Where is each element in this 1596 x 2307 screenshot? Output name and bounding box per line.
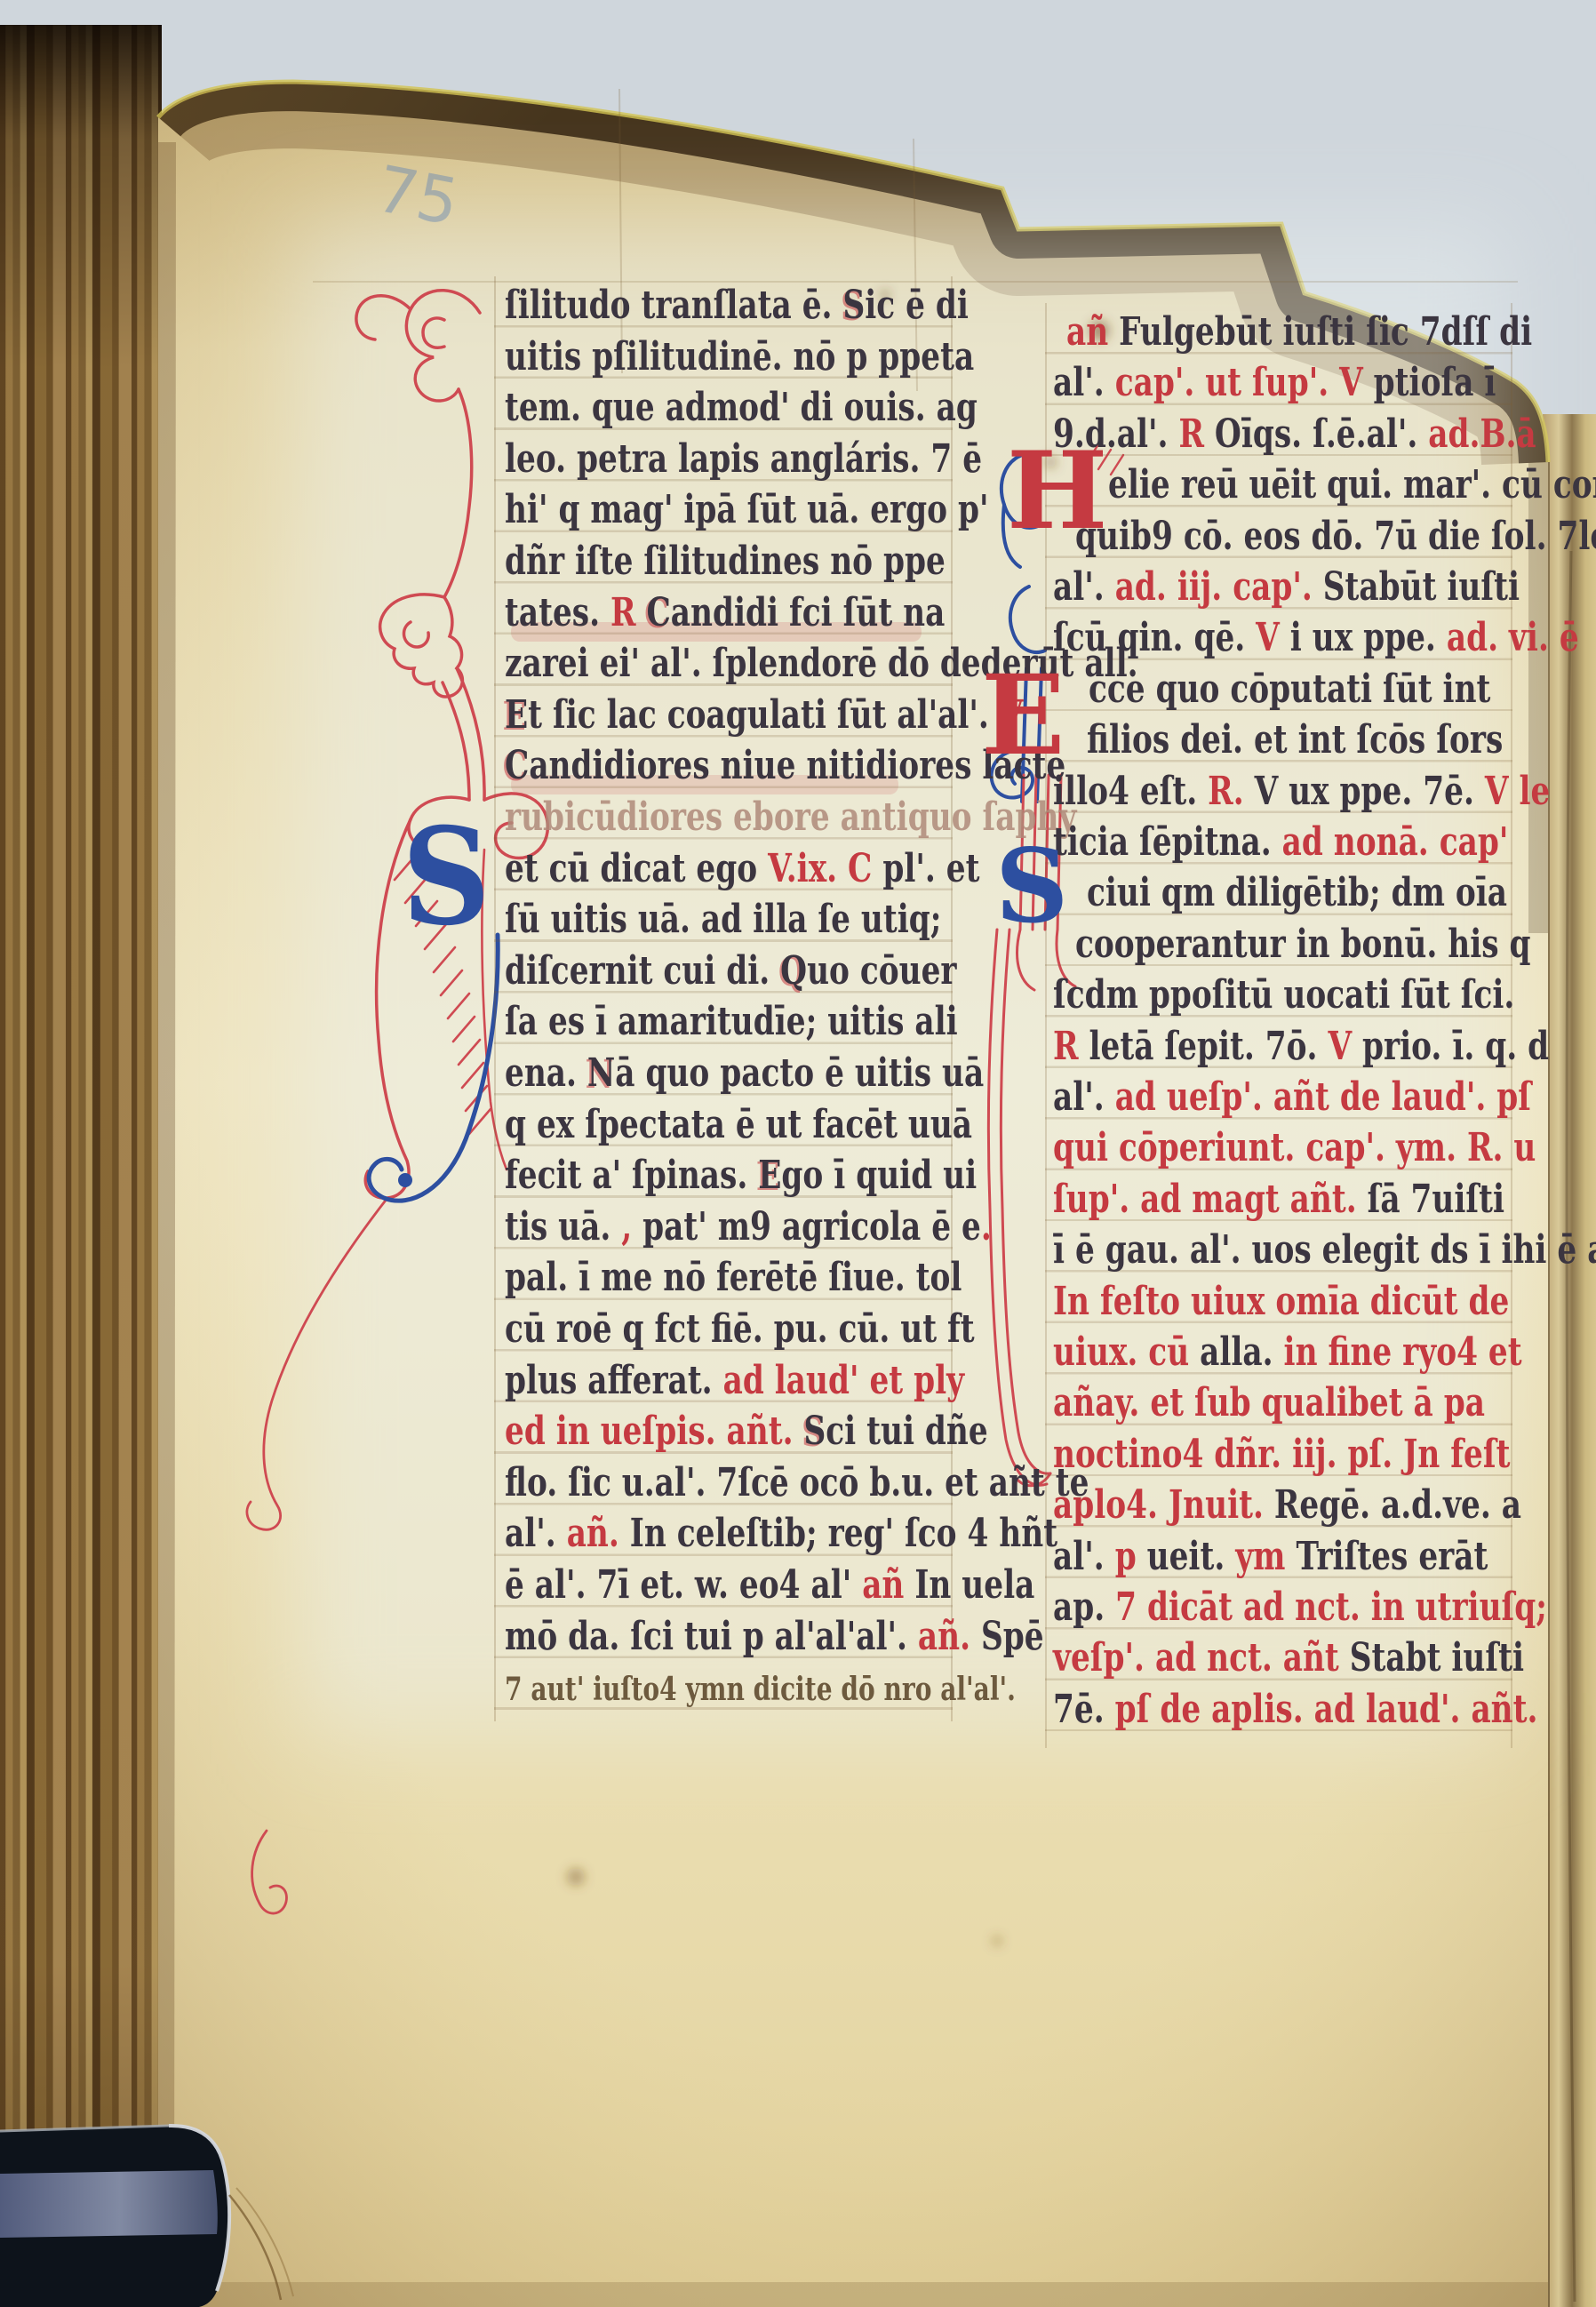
text-line-right-12: ciui qm diligētib; dm oīa [1087, 870, 1507, 915]
text-line-right-19: ī ē gau. al'. uos elegit ds ī ihi ē all. [1053, 1227, 1596, 1273]
text-segment: , [621, 1204, 632, 1249]
text-segment: ſilitudo tranſlata ē. [505, 283, 842, 328]
text-segment: R [1053, 1024, 1089, 1069]
text-segment: S [842, 283, 865, 328]
text-segment: al'. [1053, 564, 1115, 610]
text-line-right-6: al'. ad. iij. cap'. Stabūt iuſti [1053, 564, 1520, 610]
text-segment: ed in ueſpis. añt. [505, 1409, 803, 1454]
text-segment: ap. [1053, 1585, 1115, 1630]
text-segment: añ. [567, 1511, 630, 1556]
text-segment: elie reū uēit qui. mar'. cū corpis [1108, 462, 1596, 507]
text-segment: Fulgebūt iuſti ſic 7dſſ di [1119, 309, 1532, 355]
text-segment: ſup'. ad magt añt. [1053, 1177, 1368, 1222]
text-line-right-2: al'. cap'. ut ſup'. V ptioſa ī [1053, 360, 1496, 405]
text-segment: V.ix. C [768, 846, 872, 891]
text-segment: aplo4. Jnuit. [1053, 1482, 1274, 1528]
text-segment: C [646, 590, 670, 635]
text-line-right-9: filios dei. et int ſcōs ſors [1087, 717, 1503, 762]
text-segment: q ex ſpectata ē ut facēt uuā [505, 1102, 972, 1147]
text-segment: diſcernit cui di. [505, 948, 780, 994]
text-segment: go ī quid ui [781, 1153, 977, 1198]
text-line-left-11: rubicūdiores ebore antiquo ſaphy [505, 794, 1076, 840]
text-segment: hi' q mag' ipā ſūt uā. ergo p' [505, 487, 988, 532]
text-segment: cooperantur in bonū. his q [1075, 922, 1531, 967]
text-segment: rubicūdiores ebore antiquo ſaphy [505, 794, 1076, 840]
text-line-right-1: añ Fulgebūt iuſti ſic 7dſſ di [1066, 309, 1532, 355]
text-line-right-3: 9.d.al'. R Oīqs. ſ.ē.al'. ad.B.ā [1053, 411, 1536, 457]
decorated-initial-e-red: E [981, 661, 1065, 771]
text-segment: p [1115, 1534, 1147, 1579]
text-segment: andidi fci ſūt na [671, 590, 946, 635]
text-segment: filios dei. et int ſcōs ſors [1087, 717, 1503, 762]
text-segment: Regē. a.d.ve. a [1274, 1482, 1521, 1528]
text-line-left-18: fecit a' ſpinas. Ego ī quid ui [505, 1153, 977, 1198]
folio-number: 75 [371, 151, 465, 240]
page-text-layer: 75 S H E S ſilitudo tranſlata ē. Sic ē d… [0, 0, 1596, 2307]
text-line-right-15: R letā ſepit. 7ō. V prio. ī. q. d [1053, 1024, 1549, 1069]
text-line-left-7: tates. R Candidi fci ſūt na [505, 590, 945, 635]
text-segment: plus afferat. [505, 1358, 723, 1403]
text-line-left-26: ē al'. 7ī et. w. eo4 al' añ In uela [505, 1562, 1034, 1608]
text-segment: cap'. ut ſup'. V [1115, 360, 1374, 405]
text-segment: letā ſepit. 7ō. [1089, 1024, 1328, 1069]
text-segment: cū roē q fct fiē. pu. cū. ut ft [505, 1306, 975, 1352]
text-line-left-24: flo. ſic u.al'. 7ſcē ocō b.u. et añt te [505, 1460, 1089, 1505]
text-line-left-9: Et ſic lac coagulati ſūt al'al'. V [505, 692, 1023, 738]
text-segment: illo4 eſt. [1053, 769, 1208, 814]
text-segment: ciui qm diligētib; dm oīa [1087, 870, 1507, 915]
text-segment: qui cōperiunt. cap'. ym. R. u [1053, 1125, 1536, 1170]
text-segment: t ſic lac coagulati ſūt al'al'. [528, 692, 1000, 738]
text-segment: uiux. cū [1053, 1329, 1200, 1375]
text-segment: Stabūt iuſti [1323, 564, 1520, 610]
text-line-left-13: ſū uitis uā. ad illa ſe utiq; [505, 897, 941, 942]
text-line-left-6: dñr iſte ſilitudines nō ppe [505, 539, 946, 584]
text-segment: dñr iſte ſilitudines nō ppe [505, 539, 946, 584]
text-segment: Oīqs. ſ.ē.al'. [1215, 411, 1428, 457]
text-segment: ena. [505, 1050, 587, 1096]
text-segment: añ [1066, 309, 1119, 355]
text-segment: ad. vi. ē [1447, 615, 1579, 660]
text-segment: veſp'. ad nct. añt [1053, 1635, 1350, 1680]
text-line-right-11: ticia ſēpitna. ad nonā. cap' [1053, 819, 1508, 865]
decorated-initial-s-blue: S [402, 810, 491, 944]
text-segment: tates. [505, 590, 610, 635]
text-segment: In celeſtib; reg' ſco 4 hñt [630, 1511, 1057, 1556]
text-line-right-24: aplo4. Jnuit. Regē. a.d.ve. a [1053, 1482, 1521, 1528]
text-line-right-27: veſp'. ad nct. añt Stabt iuſti [1053, 1635, 1524, 1680]
text-segment: flo. ſic u.al'. 7ſcē ocō b.u. et añt te [505, 1460, 1089, 1505]
text-segment: ci tui dñe [826, 1409, 987, 1454]
text-segment: ad. iij. cap'. [1115, 564, 1323, 610]
text-segment: Triſtes erāt [1296, 1534, 1488, 1579]
text-segment: uo cōuer [807, 948, 956, 994]
text-segment: ī ē gau. al'. uos elegit ds ī ihi ē all. [1053, 1227, 1596, 1273]
decorated-initial-s2-blue: S [995, 835, 1068, 937]
text-line-left-14: diſcernit cui di. Quo cōuer [505, 948, 957, 994]
text-segment: ad laud' et ply [723, 1358, 964, 1403]
text-line-left-17: q ex ſpectata ē ut facēt uuā [505, 1102, 972, 1147]
text-segment: mō da. ſci tui p al'al'al'. [505, 1614, 918, 1659]
text-segment: uitis pſilitudinē. nō p ppeta [505, 334, 974, 379]
text-segment: ā quo pacto ē uitis uā [615, 1050, 984, 1096]
text-line-left-2: uitis pſilitudinē. nō p ppeta [505, 334, 974, 379]
text-line-left-1: ſilitudo tranſlata ē. Sic ē di [505, 283, 969, 328]
text-segment: ſa es ī amaritudīe; uitis ali [505, 999, 958, 1044]
text-segment: quib9 cō. eos dō. 7ū die ſol. 7le [1075, 514, 1596, 559]
text-segment: V [1256, 615, 1280, 660]
text-segment: pal. ī me nō ferētē ſiue. tol [505, 1255, 962, 1300]
text-segment: ſcdm ppoſitū uocati ſūt ſci. [1053, 972, 1514, 1018]
text-segment: S [803, 1409, 826, 1454]
text-line-right-8: cce quo cōputati ſūt int [1089, 667, 1490, 712]
text-line-left-4: leo. petra lapis angláris. 7 ē [505, 436, 982, 482]
text-line-right-4: elie reū uēit qui. mar'. cū corpis [1108, 462, 1596, 507]
text-segment: cce quo cōputati ſūt int [1089, 667, 1490, 712]
text-segment: tem. que admod' di ouis. ag [505, 385, 978, 430]
text-segment: ueit. [1147, 1534, 1236, 1579]
text-segment: noctino4 dñr. iij. pſ. Jn feſt [1053, 1432, 1510, 1477]
text-line-left-15: ſa es ī amaritudīe; uitis ali [505, 999, 958, 1044]
text-segment: ſā 7uiſti [1368, 1177, 1504, 1222]
text-segment: alla. [1200, 1329, 1283, 1375]
text-segment: ad ueſp'. añt de laud'. pſ [1115, 1074, 1531, 1120]
text-segment: ticia ſēpitna. [1053, 819, 1282, 865]
text-line-right-28: 7ē. pſ de aplis. ad laud'. añt. [1053, 1687, 1537, 1732]
text-segment: pſ de aplis. ad laud'. añt. [1115, 1687, 1538, 1732]
text-segment: 7 aut' iuſto4 ymn dicite dō nro al'al'. [505, 1671, 1016, 1708]
text-segment: fecit a' ſpinas. [505, 1153, 758, 1198]
text-segment: al'. [1053, 1534, 1115, 1579]
manuscript-photo: { "manuscript": { "folio_number": "75", … [0, 0, 1596, 2307]
decorated-initial-h-red: H [1007, 438, 1107, 545]
text-line-left-27: mō da. ſci tui p al'al'al'. añ. Spē [505, 1614, 1044, 1659]
text-segment: añ [862, 1562, 914, 1608]
text-segment: i ux ppe. [1280, 615, 1447, 660]
text-segment: N [587, 1050, 615, 1096]
text-segment: 7 dicāt ad nct. in utriuſq; [1115, 1585, 1547, 1630]
text-segment: añay. et ſub qualibet ā pa [1053, 1380, 1485, 1425]
text-segment: al'. [1053, 1074, 1115, 1120]
text-line-left-22: plus afferat. ad laud' et ply [505, 1358, 964, 1403]
text-line-right-10: illo4 eſt. R. V ux ppe. 7ē. V le [1053, 769, 1550, 814]
text-line-right-21: uiux. cū alla. in fine ryo4 et [1053, 1329, 1522, 1375]
text-segment: añ. [918, 1614, 981, 1659]
text-segment: ptioſa ī [1374, 360, 1496, 405]
text-segment: R [1178, 411, 1214, 457]
text-segment: leo. petra lapis angláris. 7 ē [505, 436, 982, 482]
text-line-right-23: noctino4 dñr. iij. pſ. Jn feſt [1053, 1432, 1510, 1477]
text-line-right-18: ſup'. ad magt añt. ſā 7uiſti [1053, 1177, 1504, 1222]
text-line-left-3: tem. que admod' di ouis. ag [505, 385, 978, 430]
text-line-left-16: ena. Nā quo pacto ē uitis uā [505, 1050, 984, 1096]
text-line-left-20: pal. ī me nō ferētē ſiue. tol [505, 1255, 962, 1300]
text-line-right-7: ſcū qin. qē. V i ux ppe. ad. vi. ē [1053, 615, 1579, 660]
text-line-right-16: al'. ad ueſp'. añt de laud'. pſ [1053, 1074, 1531, 1120]
text-segment: ic ē di [865, 283, 969, 328]
text-line-left-19: tis uā. , pat' m9 agricola ē e. [505, 1204, 992, 1249]
text-line-left-28: 7 aut' iuſto4 ymn dicite dō nro al'al'. [505, 1664, 1016, 1710]
text-segment: Q [780, 948, 807, 994]
text-segment: prio. ī. q. d [1362, 1024, 1549, 1069]
text-segment: Stabt iuſti [1350, 1635, 1524, 1680]
text-segment: Spē [981, 1614, 1044, 1659]
text-segment: C [505, 743, 529, 788]
text-segment: ſcū qin. qē. [1053, 615, 1256, 660]
text-line-right-22: añay. et ſub qualibet ā pa [1053, 1380, 1485, 1425]
text-line-right-26: ap. 7 dicāt ad nct. in utriuſq; [1053, 1585, 1547, 1630]
text-line-right-17: qui cōperiunt. cap'. ym. R. u [1053, 1125, 1536, 1170]
text-segment: R [610, 590, 646, 635]
text-line-left-21: cū roē q fct fiē. pu. cū. ut ft [505, 1306, 975, 1352]
text-segment: ē al'. 7ī et. w. eo4 al' [505, 1562, 862, 1608]
text-line-left-23: ed in ueſpis. añt. Sci tui dñe [505, 1409, 988, 1454]
text-segment: pl'. et [872, 846, 979, 891]
text-line-left-25: al'. añ. In celeſtib; reg' ſco 4 hñt [505, 1511, 1057, 1556]
text-segment: In uela [914, 1562, 1034, 1608]
text-line-left-12: et cū dicat ego V.ix. C pl'. et [505, 846, 979, 891]
text-line-right-20: In feſto uiux omīa dicūt de [1053, 1279, 1509, 1324]
text-segment: ad nonā. cap' [1282, 819, 1509, 865]
text-line-left-5: hi' q mag' ipā ſūt uā. ergo p' [505, 487, 988, 532]
text-segment: ad.B.ā [1428, 411, 1536, 457]
text-segment: et cū dicat ego [505, 846, 768, 891]
text-segment: V [1328, 1024, 1362, 1069]
text-segment: tis uā. [505, 1204, 621, 1249]
text-line-right-13: cooperantur in bonū. his q [1075, 922, 1531, 967]
text-line-right-5: quib9 cō. eos dō. 7ū die ſol. 7le [1075, 514, 1596, 559]
text-segment: pat' m9 agricola ē e [632, 1204, 981, 1249]
text-line-right-14: ſcdm ppoſitū uocati ſūt ſci. [1053, 972, 1514, 1018]
text-segment: ſū uitis uā. ad illa ſe utiq; [505, 897, 941, 942]
text-segment: V le [1485, 769, 1550, 814]
text-segment: E [505, 692, 528, 738]
text-segment: In feſto uiux omīa dicūt de [1053, 1279, 1509, 1324]
text-segment: E [758, 1153, 781, 1198]
text-line-right-25: al'. p ueit. ym Triſtes erāt [1053, 1534, 1488, 1579]
text-segment: in fine ryo4 et [1284, 1329, 1522, 1375]
text-segment: R. [1208, 769, 1254, 814]
text-segment: al'. [505, 1511, 567, 1556]
text-segment: ym [1235, 1534, 1296, 1579]
text-segment: . [981, 1204, 992, 1249]
text-segment: V ux ppe. 7ē. [1255, 769, 1485, 814]
text-segment: al'. [1053, 360, 1115, 405]
text-segment: 7ē. [1053, 1687, 1115, 1732]
